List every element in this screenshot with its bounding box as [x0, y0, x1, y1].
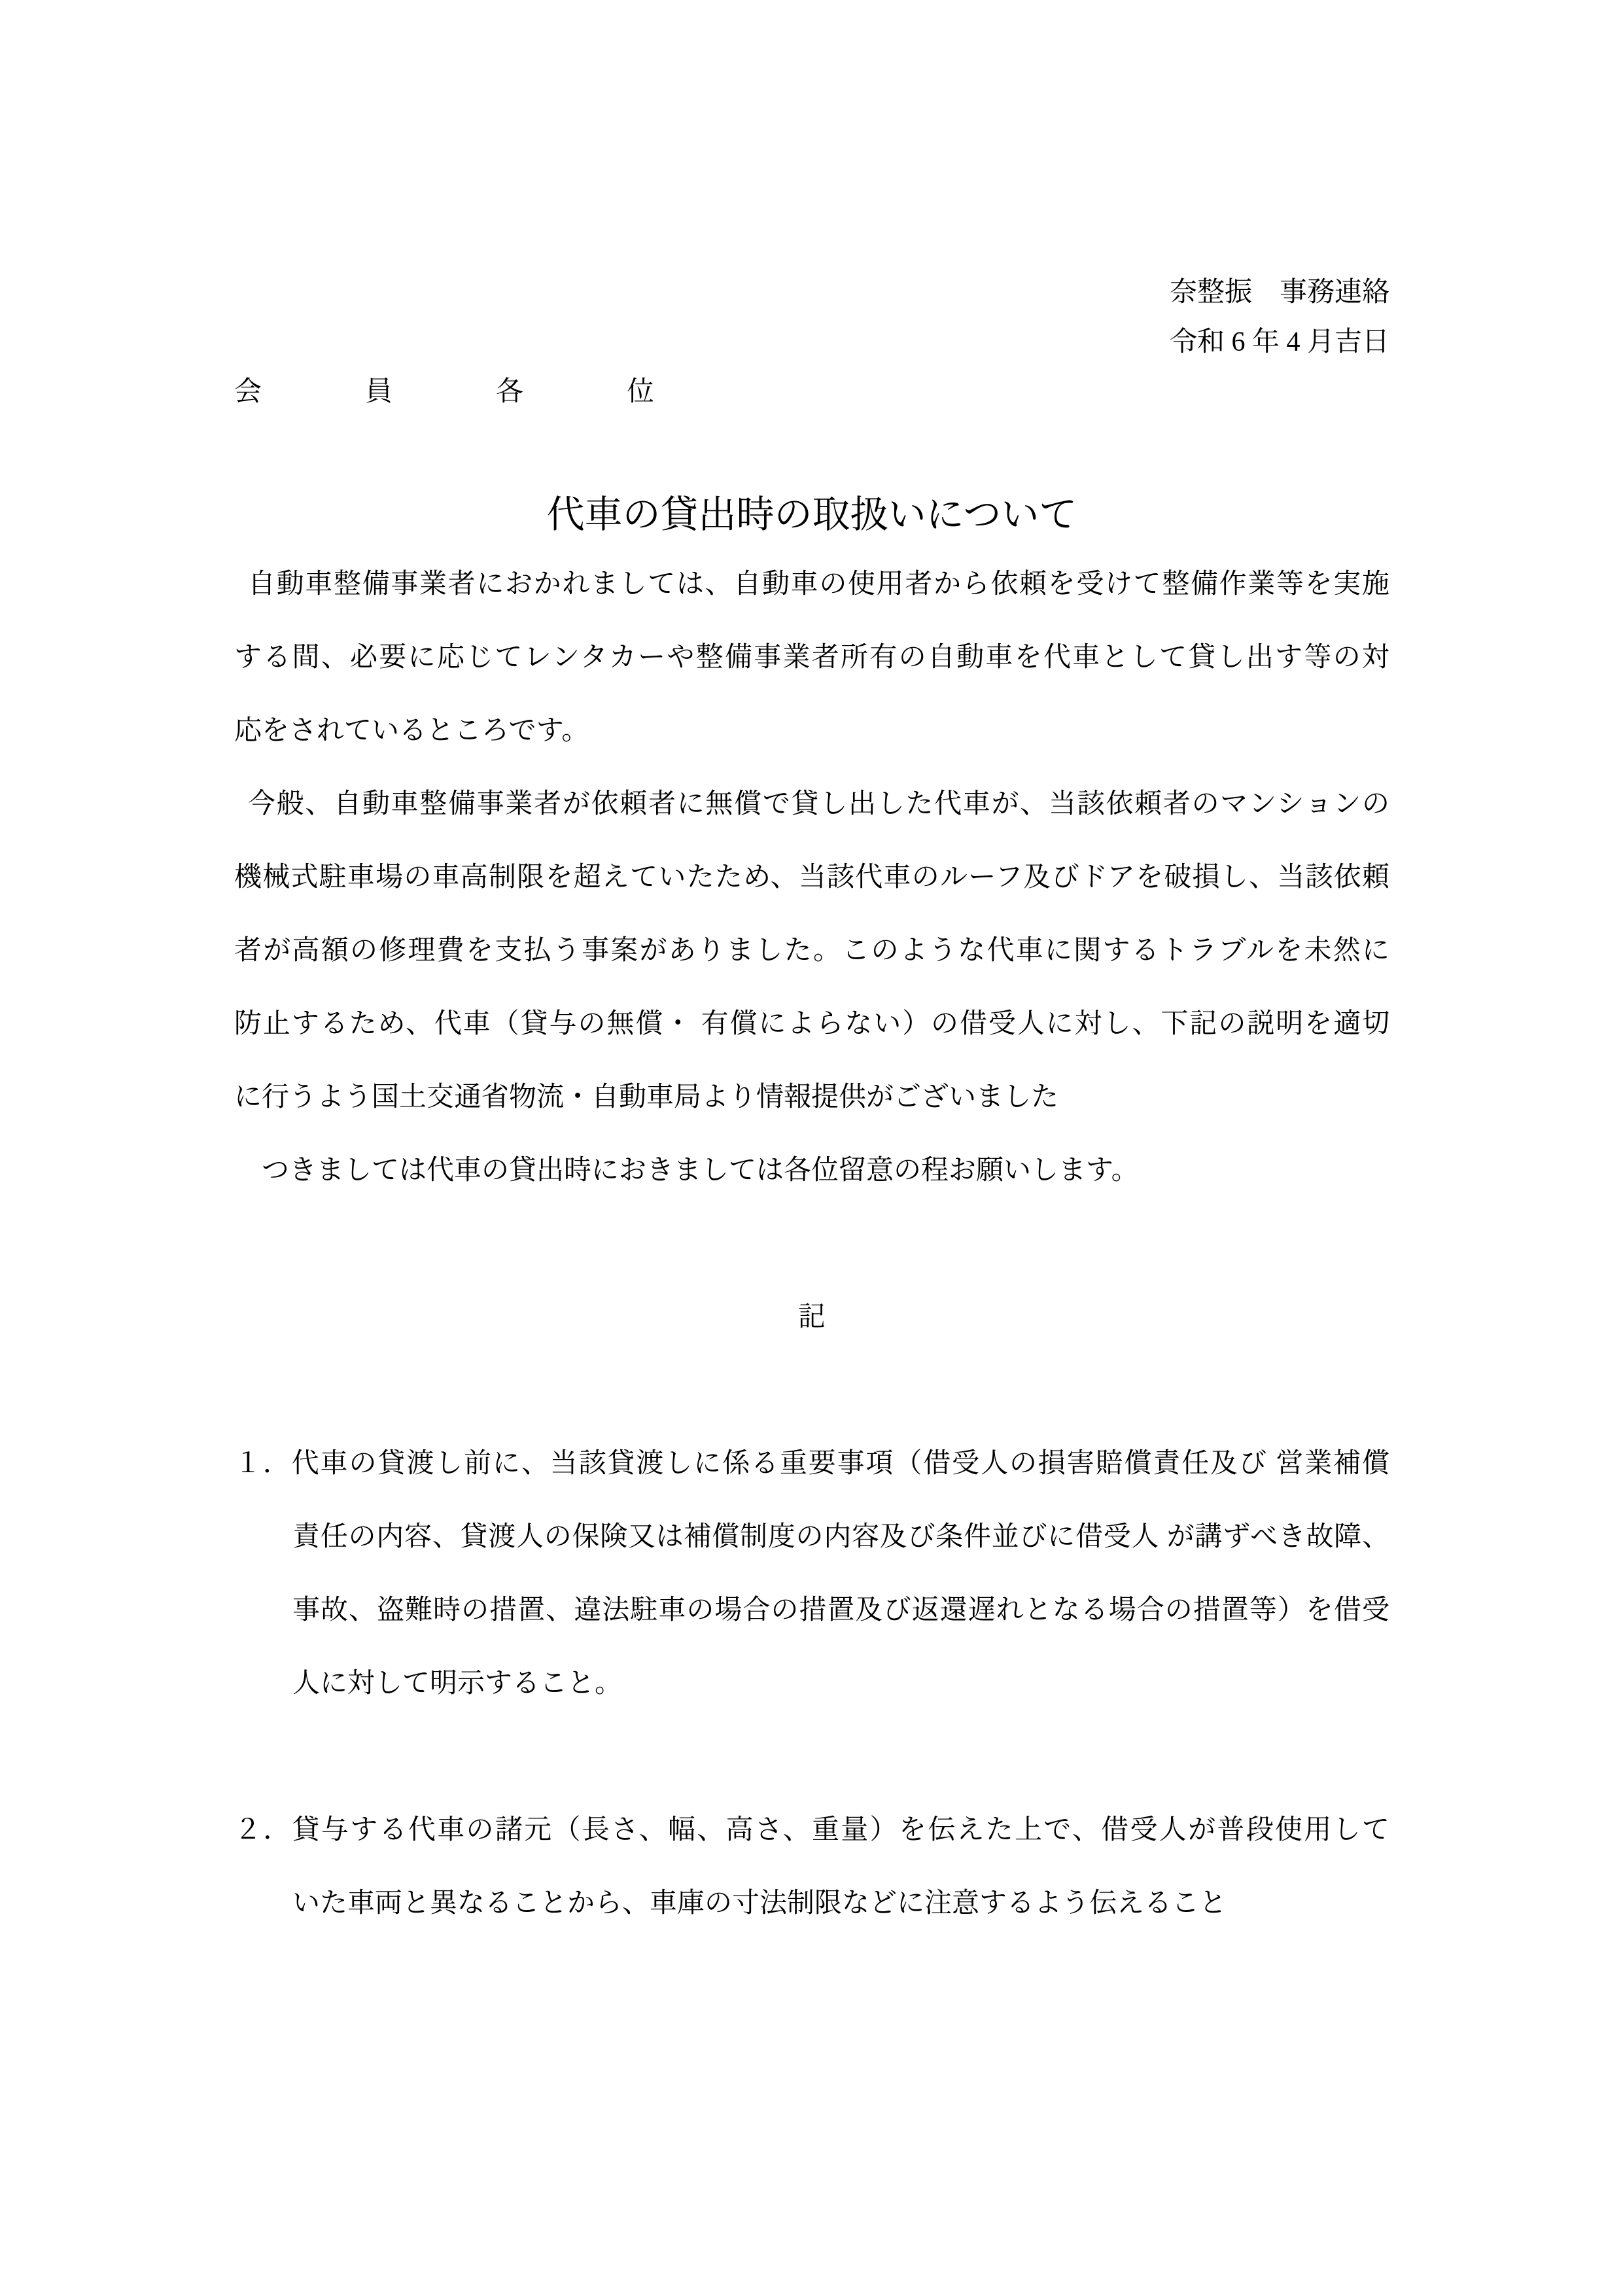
document-date: 令和 6 年 4 月吉日 — [234, 317, 1389, 367]
paragraph-line: 自動車整備事業者におかれましては、自動車の使用者から依頼を受けて整備作業等を実施 — [234, 548, 1389, 621]
blank-line — [234, 1720, 1389, 1793]
addressee-line: 会 員 各 位 — [234, 367, 1389, 417]
numbered-item-line: １．代車の貸渡し前に、当該貸渡しに係る重要事項（借受人の損害賠償責任及び 営業補… — [234, 1427, 1389, 1500]
numbered-item-line: 人に対して明示すること。 — [292, 1647, 1389, 1720]
numbered-item-1: １．代車の貸渡し前に、当該貸渡しに係る重要事項（借受人の損害賠償責任及び 営業補… — [234, 1427, 1389, 1720]
numbered-item-2: ２．貸与する代車の諸元（長さ、幅、高さ、重量）を伝えた上で、借受人が普段使用して… — [234, 1793, 1389, 1940]
blank-line — [234, 1354, 1389, 1427]
paragraph-line: つきましては代車の貸出時におきましては各位留意の程お願いします。 — [234, 1134, 1389, 1207]
paragraph-line: 今般、自動車整備事業者が依頼者に無償で貸し出した代車が、当該依頼者のマンションの — [234, 768, 1389, 841]
paragraph-3: つきましては代車の貸出時におきましては各位留意の程お願いします。 — [234, 1134, 1389, 1207]
numbered-item-line: 事故、盗難時の措置、違法駐車の場合の措置及び返還遅れとなる場合の措置等）を借受 — [292, 1574, 1389, 1647]
numbered-item-line: 責任の内容、貸渡人の保険又は補償制度の内容及び条件並びに借受人 が講ずべき故障、 — [292, 1500, 1389, 1574]
paragraph-line: する間、必要に応じてレンタカーや整備事業者所有の自動車を代車として貸し出す等の対 — [234, 621, 1389, 694]
paragraph-line: 防止するため、代車（貸与の無償・ 有償によらない）の借受人に対し、下記の説明を適… — [234, 987, 1389, 1061]
document-page: 奈整振 事務連絡 令和 6 年 4 月吉日 会 員 各 位 代車の貸出時の取扱い… — [0, 0, 1623, 2296]
numbered-item-line: いた車両と異なることから、車庫の寸法制限などに注意するよう伝えること — [292, 1867, 1389, 1940]
paragraph-line: 応をされているところです。 — [234, 694, 1389, 768]
blank-line — [234, 1207, 1389, 1280]
ki-marker: 記 — [234, 1280, 1389, 1354]
paragraph-line: 機械式駐車場の車高制限を超えていたため、当該代車のルーフ及びドアを破損し、当該依… — [234, 841, 1389, 914]
document-body: 自動車整備事業者におかれましては、自動車の使用者から依頼を受けて整備作業等を実施… — [234, 548, 1389, 1940]
numbered-item-line: ２．貸与する代車の諸元（長さ、幅、高さ、重量）を伝えた上で、借受人が普段使用して — [234, 1793, 1389, 1867]
document-header: 奈整振 事務連絡 令和 6 年 4 月吉日 — [234, 268, 1389, 367]
paragraph-line: に行うよう国土交通省物流・自動車局より情報提供がございました — [234, 1061, 1389, 1134]
document-title: 代車の貸出時の取扱いについて — [234, 482, 1389, 548]
paragraph-line: 者が高額の修理費を支払う事案がありました。このような代車に関するトラブルを未然に — [234, 914, 1389, 987]
paragraph-2: 今般、自動車整備事業者が依頼者に無償で貸し出した代車が、当該依頼者のマンションの… — [234, 768, 1389, 1134]
paragraph-1: 自動車整備事業者におかれましては、自動車の使用者から依頼を受けて整備作業等を実施… — [234, 548, 1389, 768]
sender-note: 奈整振 事務連絡 — [234, 268, 1389, 317]
